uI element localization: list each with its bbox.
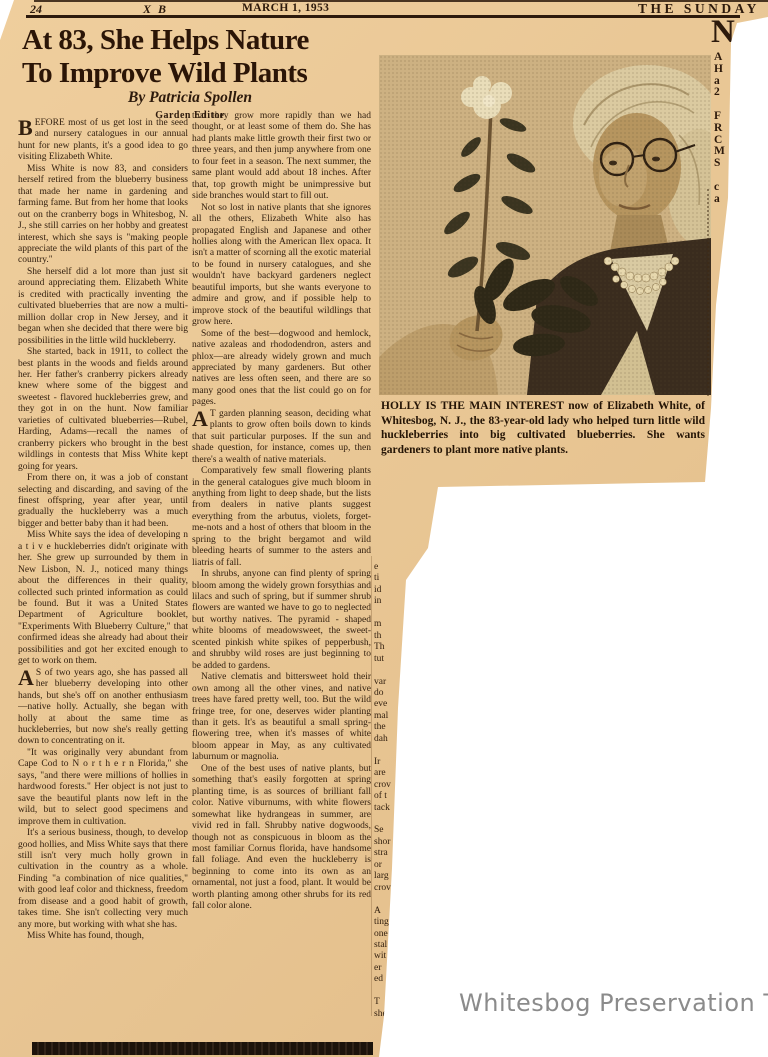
- photo-caption: HOLLY IS THE MAIN INTEREST now of Elizab…: [381, 399, 705, 457]
- caption-lead: HOLLY IS THE MAIN INTEREST: [381, 400, 564, 412]
- paragraph: "It was originally very abundant from Ca…: [18, 748, 188, 828]
- paragraph-text: S of two years ago, she has passed all h…: [18, 668, 188, 747]
- masthead-rule: [26, 15, 740, 18]
- paragraph: Native clematis and bittersweet hold the…: [192, 672, 371, 764]
- article-column-1: BEFORE most of us get lost in the seed a…: [18, 118, 188, 1034]
- paragraph: Miss White says the idea of developing n…: [18, 530, 188, 667]
- paragraph-text: EFORE most of us get lost in the seed an…: [18, 118, 188, 162]
- drop-cap: A: [18, 668, 36, 687]
- paragraph: AT garden planning season, deciding what…: [192, 409, 371, 466]
- paragraph: BEFORE most of us get lost in the seed a…: [18, 118, 188, 164]
- paragraph: In shrubs, anyone can find plenty of spr…: [192, 569, 371, 672]
- column-rule: [371, 556, 372, 1016]
- paragraph: Some of the best—dogwood and hemlock, na…: [192, 329, 371, 409]
- paragraph-text: T garden planning season, deciding what …: [192, 409, 371, 465]
- article-column-2: that they grow more rapidly than we had …: [192, 111, 371, 1019]
- torn-edge-large-letter: N: [711, 15, 735, 49]
- paragraph: One of the best uses of native plants, b…: [192, 764, 371, 913]
- paragraph: Miss White is now 83, and considers hers…: [18, 164, 188, 267]
- paragraph: that they grow more rapidly than we had …: [192, 111, 371, 203]
- paragraph: Comparatively few small flowering plants…: [192, 466, 371, 569]
- paragraph: She started, back in 1911, to collect th…: [18, 347, 188, 473]
- paragraph: AS of two years ago, she has passed all …: [18, 668, 188, 748]
- paragraph: Not so lost in native plants that she ig…: [192, 203, 371, 329]
- newspaper-clipping: 24 X B MARCH 1, 1953 THE SUNDAY At 83, S…: [0, 0, 768, 1057]
- watermark-text: Whitesbog Preservation Trust: [459, 989, 768, 1017]
- halftone-overlay: [379, 55, 711, 395]
- paragraph: It's a serious business, though, to deve…: [18, 828, 188, 931]
- article-end-bar: [32, 1042, 373, 1055]
- article-headline: At 83, She Helps Nature To Improve Wild …: [22, 24, 376, 90]
- drop-cap: B: [18, 118, 35, 137]
- masthead-date: MARCH 1, 1953: [242, 2, 329, 14]
- photo-of-elizabeth-white: [379, 55, 711, 395]
- scanned-newspaper-page: 24 X B MARCH 1, 1953 THE SUNDAY At 83, S…: [0, 0, 768, 1057]
- article-byline: By Patricia Spollen: [12, 89, 368, 107]
- torn-edge-letter-fragments: A H a 2 F R C M S c a: [714, 52, 758, 202]
- torn-column-fragments: e ti id in m th Th tut var do eve mal th…: [374, 562, 408, 1018]
- paragraph: From there on, it was a job of constant …: [18, 473, 188, 530]
- paragraph: She herself did a lot more than just sit…: [18, 267, 188, 347]
- dotted-column-rule: [707, 189, 709, 396]
- drop-cap: A: [192, 409, 210, 428]
- paragraph: Miss White has found, though,: [18, 931, 188, 942]
